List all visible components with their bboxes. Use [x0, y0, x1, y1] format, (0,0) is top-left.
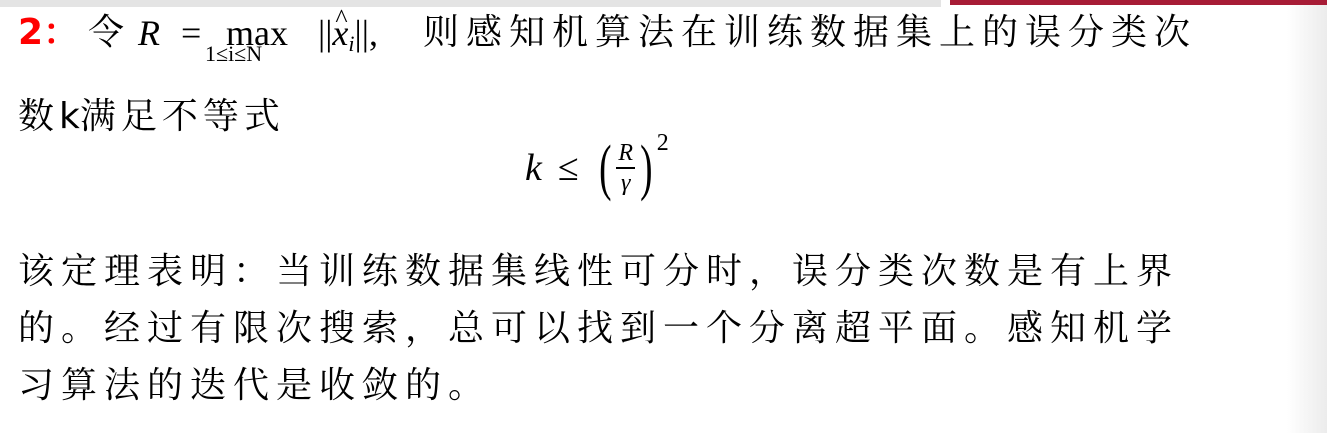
intro-word: 令	[88, 13, 129, 53]
line2-k: k	[59, 96, 80, 137]
theorem-number-label: 2：	[18, 13, 79, 53]
var-R: R	[138, 13, 160, 53]
formula-fraction: R γ	[616, 141, 635, 195]
top-gray-bar	[0, 0, 941, 7]
x-hat: ^x	[332, 13, 348, 53]
line2-prefix: 数	[18, 96, 59, 137]
math-var-R: R	[138, 13, 160, 53]
explanation-line-2: 的。经过有限次搜索，总可以找到一个分离超平面。感知机学	[18, 309, 1179, 349]
theorem-line-2: 数k满足不等式	[18, 97, 285, 137]
line2-suffix: 满足不等式	[80, 96, 285, 137]
theorem-line-1-text: 则感知机算法在训练数据集上的误分类次	[423, 13, 1197, 53]
math-norm-expression: ||^xi||,	[318, 13, 378, 64]
top-accent-bar	[950, 0, 1327, 5]
right-edge-shade	[1287, 5, 1327, 433]
formula-paren-open: (	[599, 137, 611, 199]
explanation-line-1: 该定理表明：当训练数据集线性可分时，误分类次数是有上界	[18, 252, 1179, 292]
formula-lhs-k: k	[525, 146, 542, 190]
norm-close: ||,	[355, 13, 378, 53]
formula-exponent: 2	[657, 130, 669, 157]
formula-relation: ≤	[558, 146, 579, 190]
explanation-line-3: 习算法的迭代是收敛的。	[18, 366, 491, 406]
hat-accent: ^	[335, 0, 347, 39]
max-range-subscript: 1≤i≤N	[205, 42, 262, 66]
norm-open: ||	[318, 13, 332, 53]
fraction-denominator: γ	[621, 169, 630, 195]
fraction-numerator: R	[616, 141, 635, 169]
inequality-formula: k ≤ ( R γ ) 2	[525, 128, 669, 208]
math-equals: =	[181, 13, 201, 53]
formula-paren-close: )	[640, 137, 652, 199]
